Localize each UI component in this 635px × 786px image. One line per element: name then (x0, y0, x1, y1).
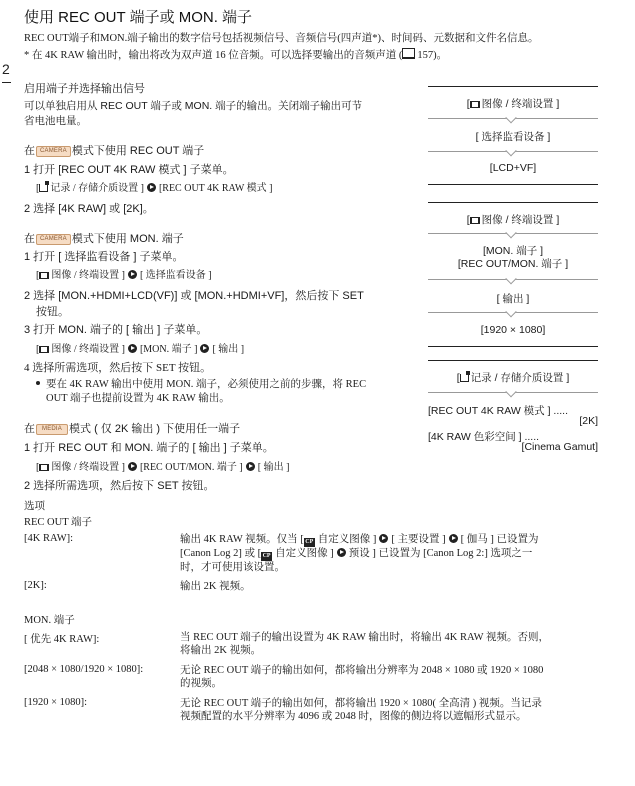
option-desc-line: 输出 4K RAW 视频。仅当 [CP自定义图像 ][ 主要设置 ][ 伽马 ]… (180, 533, 600, 547)
camera-mon-step2-line1: 2 选择 [MON.+HDMI+LCD(VF)] 或 [MON.+HDMI+VF… (24, 287, 364, 303)
flow-step-label: 记录 / 存储介质设置 ] (471, 372, 570, 384)
flow-panel3-item2-value: [Cinema Gamut] (428, 441, 598, 453)
heading-prefix: 在 (24, 423, 35, 435)
page-number: 2 (2, 61, 10, 77)
options-heading: 选项 (24, 499, 45, 514)
custom-picture-icon: CP (304, 538, 315, 547)
flow-separator (428, 312, 598, 313)
desc-part: 预设 ] 已设置为 [Canon Log 2:] 选项之一 (349, 548, 533, 559)
custom-picture-icon: CP (261, 552, 272, 561)
flow-step-label: 图像 / 终端设置 ] (482, 214, 560, 226)
flow-separator (428, 392, 598, 393)
bullet-icon (36, 381, 40, 385)
menu-arrow-icon (128, 270, 137, 279)
flow-separator (428, 279, 598, 280)
media-mode-badge: MEDIA (36, 424, 68, 435)
menu-arrow-icon (200, 344, 209, 353)
display-menu-icon (470, 217, 480, 224)
menu-arrow-icon (337, 548, 346, 557)
heading-suffix: 模式 ( 仅 2K 输出 ) 下使用任一端子 (69, 423, 240, 435)
section-heading-enable: 启用端子并选择输出信号 (24, 80, 145, 96)
camera-mon-heading: 在CAMERA模式下使用 MON. 端子 (24, 230, 184, 246)
flow-panel1-step1: [图像 / 终端设置 ] (428, 96, 598, 111)
menu-arrow-icon (379, 534, 388, 543)
camera-mon-step4: 4 选择所需选项，然后按下 SET 按钮。 (24, 359, 211, 375)
menu-path-item: [REC OUT/MON. 端子 ] (140, 462, 243, 473)
option-desc-line: 的视频。 (180, 677, 600, 690)
camera-recout-step1-path: [记录 / 存储介质设置 ][REC OUT 4K RAW 模式 ] (36, 179, 273, 194)
option-label-2048-1920: [2048 × 1080/1920 × 1080]: (24, 664, 143, 675)
camera-mode-badge: CAMERA (36, 146, 71, 157)
camera-recout-heading: 在CAMERA模式下使用 REC OUT 端子 (24, 142, 204, 158)
page-reference-link[interactable]: 157 (417, 50, 433, 61)
flow-panel3-item1-value: [2K] (428, 415, 598, 427)
mon-options-heading: MON. 端子 (24, 613, 75, 628)
media-step1: 1 打开 REC OUT 和 MON. 端子的 [ 输出 ] 子菜单。 (24, 439, 274, 455)
flow-panel1-step2: [ 选择监看设备 ] (428, 129, 598, 144)
desc-part: 自定义图像 ] (318, 534, 377, 545)
flow-panel2-step3: [ 输出 ] (428, 291, 598, 306)
page-number-divider (2, 82, 11, 83)
camera-recout-step2: 2 选择 [4K RAW] 或 [2K]。 (24, 200, 154, 216)
recout-options-heading: REC OUT 端子 (24, 515, 92, 530)
option-desc-line: [Canon Log 2] 或 [CP自定义图像 ]预设 ] 已设置为 [Can… (180, 547, 600, 561)
intro-footnote-suffix: )。 (433, 50, 447, 61)
note-text: 要在 4K RAW 输出中使用 MON. 端子，必须使用之前的步骤，将 REC (46, 379, 366, 390)
option-desc-line: 当 REC OUT 端子的输出设置为 4K RAW 输出时，将输出 4K RAW… (180, 631, 600, 644)
option-desc-priority-4k-raw: 当 REC OUT 端子的输出设置为 4K RAW 输出时，将输出 4K RAW… (180, 631, 600, 657)
flow-step-label: [REC OUT/MON. 端子 ] (428, 258, 598, 271)
intro-footnote-prefix: * 在 4K RAW 输出时，输出将改为双声道 16 位音频。可以选择要输出的音… (24, 50, 402, 61)
menu-arrow-icon (128, 344, 137, 353)
flow-panel1-step3: [LCD+VF] (428, 162, 598, 174)
menu-path-item: [ 输出 ] (258, 462, 290, 473)
flow-panel1-top-rule (428, 86, 598, 87)
menu-arrow-icon (246, 462, 255, 471)
option-desc-line: 时，才可使用该设置。 (180, 561, 600, 574)
display-menu-icon (470, 101, 480, 108)
flow-panel3-header: [记录 / 存储介质设置 ] (428, 370, 598, 385)
camera-recout-step1: 1 打开 [REC OUT 4K RAW 模式 ] 子菜单。 (24, 161, 234, 177)
desc-part: [Canon Log 2] 或 [ (180, 548, 261, 559)
option-desc-1920: 无论 REC OUT 端子的输出如何，都将输出 1920 × 1080( 全高清… (180, 697, 600, 723)
menu-path-item: 图像 / 终端设置 ] (51, 344, 125, 355)
option-label-2k: [2K]: (24, 580, 47, 591)
desc-part: 输出 4K RAW 视频。仅当 [ (180, 534, 304, 545)
heading-prefix: 在 (24, 233, 35, 245)
display-menu-icon (39, 464, 49, 471)
heading-prefix: 在 (24, 145, 35, 157)
camera-mon-note-line2: OUT 端子也提前设置为 4K RAW 输出。 (46, 391, 230, 406)
option-label-4k-raw: [4K RAW]: (24, 533, 73, 544)
section-desc-line2: 省电池电量。 (24, 114, 87, 129)
recording-media-icon (460, 374, 469, 382)
option-desc-line: 将输出 2K 视频。 (180, 644, 600, 657)
flow-step-label: [MON. 端子 ] (428, 245, 598, 258)
camera-mon-note-line1: 要在 4K RAW 输出中使用 MON. 端子，必须使用之前的步骤，将 REC (36, 377, 366, 392)
flow-panel3-top-rule (428, 360, 598, 361)
camera-mon-step1: 1 打开 [ 选择监看设备 ] 子菜单。 (24, 248, 184, 264)
flow-step-label: 图像 / 终端设置 ] (482, 98, 560, 110)
intro-text-line1: REC OUT端子和MON.端子输出的数字信号包括视频信号、音频信号(四声道*)… (24, 30, 539, 45)
flow-separator (428, 151, 598, 152)
menu-path-item: 图像 / 终端设置 ] (51, 462, 125, 473)
media-step2: 2 选择所需选项，然后按下 SET 按钮。 (24, 477, 214, 493)
section-desc-line1: 可以单独启用从 REC OUT 端子或 MON. 端子的输出。关闭端子输出可节 (24, 99, 362, 114)
menu-arrow-icon (128, 462, 137, 471)
flow-separator (428, 118, 598, 119)
option-desc-2048-1920: 无论 REC OUT 端子的输出如何，都将输出分辨率为 2048 × 1080 … (180, 664, 600, 690)
recording-media-icon (39, 184, 48, 192)
camera-mon-step3-path: [图像 / 终端设置 ][MON. 端子 ][ 输出 ] (36, 340, 244, 355)
camera-mon-step3: 3 打开 MON. 端子的 [ 输出 ] 子菜单。 (24, 321, 207, 337)
camera-mon-step1-path: [图像 / 终端设置 ][ 选择监看设备 ] (36, 266, 212, 281)
menu-path-item: [ 输出 ] (212, 344, 244, 355)
menu-path-item: 图像 / 终端设置 ] (51, 270, 125, 281)
intro-footnote: * 在 4K RAW 输出时，输出将改为双声道 16 位音频。可以选择要输出的音… (24, 47, 447, 62)
option-desc-line: 视频配置的水平分辨率为 4096 或 2048 时，图像的侧边将以遮幅形式显示。 (180, 710, 600, 723)
menu-arrow-icon (147, 183, 156, 192)
flow-panel2-step4: [1920 × 1080] (428, 324, 598, 336)
camera-mon-step2-line2: 按钮。 (36, 303, 69, 319)
option-desc-line: 无论 REC OUT 端子的输出如何，都将输出分辨率为 2048 × 1080 … (180, 664, 600, 677)
book-reference-icon (402, 48, 415, 59)
desc-part: [ 伽马 ] 已设置为 (461, 534, 539, 545)
option-desc-2k: 输出 2K 视频。 (180, 580, 600, 593)
media-step1-path: [图像 / 终端设置 ][REC OUT/MON. 端子 ][ 输出 ] (36, 458, 289, 473)
menu-arrow-icon (449, 534, 458, 543)
option-label-priority-4k-raw: [ 优先 4K RAW]: (24, 631, 99, 646)
camera-mode-badge: CAMERA (36, 234, 71, 245)
display-menu-icon (39, 346, 49, 353)
heading-suffix: 模式下使用 MON. 端子 (72, 233, 184, 245)
menu-path-item: [MON. 端子 ] (140, 344, 198, 355)
menu-path-item: [ 选择监看设备 ] (140, 270, 212, 281)
flow-panel2-step1: [图像 / 终端设置 ] (428, 212, 598, 227)
menu-path-item: 记录 / 存储介质设置 ] (50, 183, 144, 194)
desc-part: 自定义图像 ] (275, 548, 334, 559)
flow-separator (428, 233, 598, 234)
menu-path-item: [REC OUT 4K RAW 模式 ] (159, 183, 273, 194)
page-title: 使用 REC OUT 端子或 MON. 端子 (24, 6, 252, 27)
option-desc-4k-raw: 输出 4K RAW 视频。仅当 [CP自定义图像 ][ 主要设置 ][ 伽马 ]… (180, 533, 600, 574)
flow-panel2-step2: [MON. 端子 ] [REC OUT/MON. 端子 ] (428, 245, 598, 271)
display-menu-icon (39, 272, 49, 279)
option-label-1920: [1920 × 1080]: (24, 697, 87, 708)
flow-panel2-top-rule (428, 202, 598, 203)
media-heading: 在MEDIA模式 ( 仅 2K 输出 ) 下使用任一端子 (24, 420, 240, 436)
heading-suffix: 模式下使用 REC OUT 端子 (72, 145, 204, 157)
option-desc-line: 无论 REC OUT 端子的输出如何，都将输出 1920 × 1080( 全高清… (180, 697, 600, 710)
desc-part: [ 主要设置 ] (391, 534, 445, 545)
flow-panel1-bottom-rule (428, 184, 598, 185)
flow-panel2-bottom-rule (428, 346, 598, 347)
